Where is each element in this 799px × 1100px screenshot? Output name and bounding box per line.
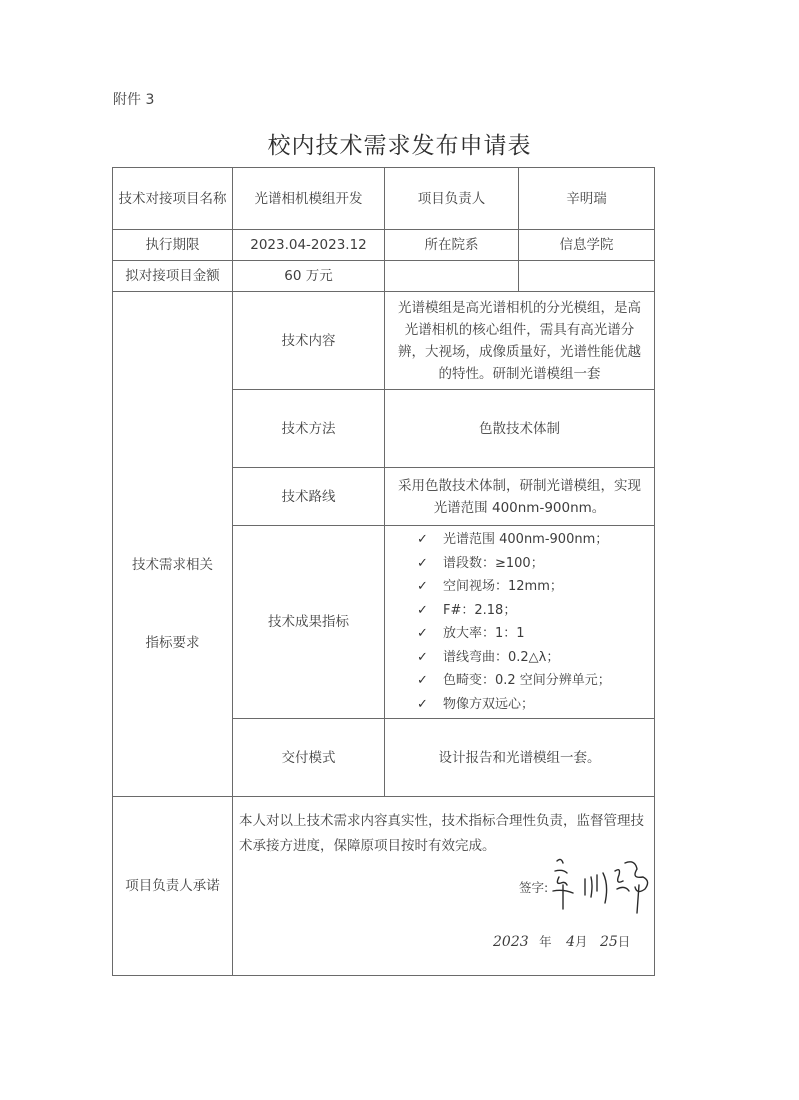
list-item: ✓谱线弯曲：0.2△λ； [417, 646, 650, 670]
list-item: ✓色畸变：0.2 空间分辨单元； [417, 669, 650, 693]
project-lead-value: 辛明瑞 [519, 168, 655, 230]
check-icon: ✓ [417, 693, 443, 717]
check-icon: ✓ [417, 552, 443, 576]
execution-period-value: 2023.04-2023.12 [233, 230, 385, 261]
amount-label: 拟对接项目金额 [113, 261, 233, 292]
tech-route-label: 技术路线 [233, 468, 385, 526]
tech-content-value: 光谱模组是高光谱相机的分光模组，是高光谱相机的核心组件，需具有高光谱分辨，大视场… [385, 292, 655, 390]
list-item: ✓物像方双远心； [417, 693, 650, 717]
handwritten-signature [551, 855, 661, 917]
indicator-list: ✓光谱范围 400nm-900nm； ✓谱段数：≥100； ✓空间视场：12mm… [389, 528, 650, 716]
table-row: 技术对接项目名称 光谱相机模组开发 项目负责人 辛明瑞 [113, 168, 655, 230]
requirements-group-label: 技术需求相关 指标要求 [113, 292, 233, 797]
tech-method-label: 技术方法 [233, 390, 385, 468]
requirements-group-label-line1: 技术需求相关 [117, 554, 228, 576]
delivery-mode-value: 设计报告和光谱模组一套。 [385, 719, 655, 797]
list-item: ✓光谱范围 400nm-900nm； [417, 528, 650, 552]
check-icon: ✓ [417, 646, 443, 670]
check-icon: ✓ [417, 622, 443, 646]
check-icon: ✓ [417, 599, 443, 623]
check-icon: ✓ [417, 669, 443, 693]
application-form-table: 技术对接项目名称 光谱相机模组开发 项目负责人 辛明瑞 执行期限 2023.04… [112, 167, 655, 976]
tech-indicators-value: ✓光谱范围 400nm-900nm； ✓谱段数：≥100； ✓空间视场：12mm… [385, 526, 655, 719]
requirements-group-label-line2: 指标要求 [117, 632, 228, 654]
table-row: 项目负责人承诺 本人对以上技术需求内容真实性，技术指标合理性负责，监督管理技术承… [113, 797, 655, 976]
check-icon: ✓ [417, 528, 443, 552]
table-row: 执行期限 2023.04-2023.12 所在院系 信息学院 [113, 230, 655, 261]
document-title: 校内技术需求发布申请表 [0, 127, 799, 160]
table-row: 技术需求相关 指标要求 技术内容 光谱模组是高光谱相机的分光模组，是高光谱相机的… [113, 292, 655, 390]
pledge-label: 项目负责人承诺 [113, 797, 233, 976]
department-value: 信息学院 [519, 230, 655, 261]
list-item: ✓谱段数：≥100； [417, 552, 650, 576]
project-name-label: 技术对接项目名称 [113, 168, 233, 230]
attachment-label: 附件 3 [113, 89, 154, 109]
tech-route-value: 采用色散技术体制，研制光谱模组，实现光谱范围 400nm-900nm。 [385, 468, 655, 526]
pledge-text: 本人对以上技术需求内容真实性，技术指标合理性负责，监督管理技术承接方进度，保障原… [239, 809, 648, 859]
delivery-mode-label: 交付模式 [233, 719, 385, 797]
signature-label: 签字: [519, 877, 548, 899]
empty-cell [385, 261, 519, 292]
project-lead-label: 项目负责人 [385, 168, 519, 230]
amount-value: 60 万元 [233, 261, 385, 292]
department-label: 所在院系 [385, 230, 519, 261]
list-item: ✓F#：2.18； [417, 599, 650, 623]
project-name-value: 光谱相机模组开发 [233, 168, 385, 230]
pledge-cell: 本人对以上技术需求内容真实性，技术指标合理性负责，监督管理技术承接方进度，保障原… [233, 797, 655, 976]
check-icon: ✓ [417, 575, 443, 599]
list-item: ✓空间视场：12mm； [417, 575, 650, 599]
tech-content-label: 技术内容 [233, 292, 385, 390]
tech-indicators-label: 技术成果指标 [233, 526, 385, 719]
list-item: ✓放大率：1：1 [417, 622, 650, 646]
pledge-content: 本人对以上技术需求内容真实性，技术指标合理性负责，监督管理技术承接方进度，保障原… [233, 797, 654, 975]
execution-period-label: 执行期限 [113, 230, 233, 261]
empty-cell [519, 261, 655, 292]
table-row: 拟对接项目金额 60 万元 [113, 261, 655, 292]
tech-method-value: 色散技术体制 [385, 390, 655, 468]
signature-date: 2023 年 4月 25日 [493, 931, 630, 953]
